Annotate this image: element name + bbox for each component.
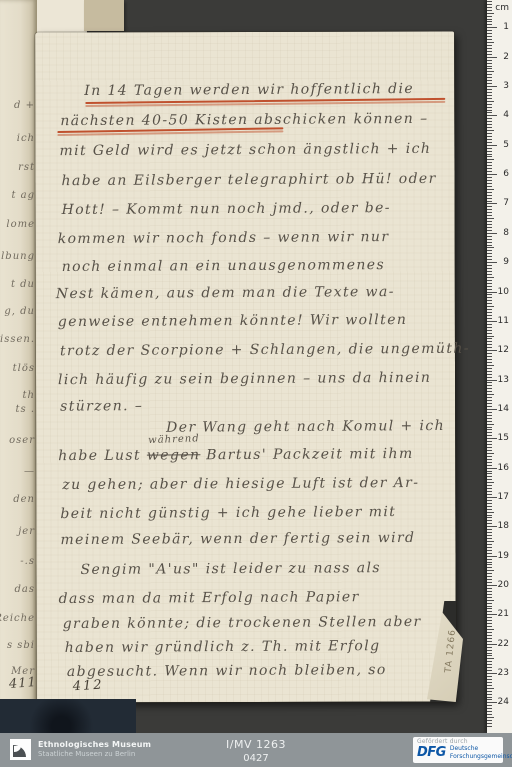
- ruler-tick: [487, 682, 492, 683]
- red-underline: [85, 98, 445, 104]
- ruler-tick: [487, 362, 492, 363]
- ruler-tick: [487, 86, 497, 87]
- ruler-tick: [487, 688, 494, 689]
- ruler-tick: [487, 465, 492, 466]
- ruler-tick: [487, 427, 492, 428]
- ruler-tick: [487, 268, 492, 269]
- ruler-tick: [487, 256, 492, 257]
- ruler-tick: [487, 350, 497, 351]
- ruler-tick: [487, 233, 497, 234]
- ruler-tick: [487, 259, 492, 260]
- ruler-tick: [487, 74, 492, 75]
- ruler-tick: [487, 567, 492, 568]
- ruler-number: 3: [503, 81, 509, 91]
- ruler-tick: [487, 406, 492, 407]
- ruler-tick: [487, 471, 492, 472]
- ruler-tick: [487, 714, 492, 715]
- ruler-tick: [487, 526, 497, 527]
- handwritten-line: lich häufig zu sein beginnen – uns da hi…: [58, 370, 431, 388]
- previous-page-fragment: ich: [17, 133, 35, 144]
- ruler-tick: [487, 262, 497, 263]
- ruler-tick: [487, 39, 492, 40]
- previous-page-fragment: den: [13, 494, 35, 505]
- ruler-tick: [487, 570, 494, 571]
- footer-bar: Ethnologisches Museum Staatliche Museen …: [0, 733, 512, 767]
- handwritten-line: trotz der Scorpione + Schlangen, die ung…: [60, 341, 470, 360]
- ruler-tick: [487, 227, 492, 228]
- ruler-tick: [487, 606, 492, 607]
- ruler-tick: [487, 19, 492, 20]
- ruler-tick: [487, 444, 492, 445]
- handwritten-line: Der Wang geht nach Komul + ich: [166, 418, 445, 436]
- handwritten-line: meinem Seebär, wenn der fertig sein wird: [60, 530, 415, 548]
- book-cover: [0, 699, 136, 733]
- handwritten-line: stürzen. –: [60, 398, 143, 415]
- handwritten-line: kommen wir noch fonds – wenn wir nur: [58, 229, 390, 247]
- ruler-tick: [487, 253, 492, 254]
- ruler-tick: [487, 582, 492, 583]
- ruler-tick: [487, 415, 492, 416]
- ruler-tick: [487, 562, 492, 563]
- ruler-tick: [487, 77, 492, 78]
- ruler-tick: [487, 142, 492, 143]
- funder-name: Deutsche Forschungsgemeinschaft: [450, 745, 512, 761]
- handwritten-line: Nest kämen, aus dem man die Texte wa-: [56, 284, 395, 302]
- ruler-tick: [487, 400, 492, 401]
- ruler-tick: [487, 236, 492, 237]
- previous-page-fragment: issen.: [0, 334, 35, 345]
- ruler-tick: [487, 198, 492, 199]
- handwritten-line: noch einmal an ein unausgenommenes: [62, 257, 385, 275]
- ruler-tick: [487, 597, 492, 598]
- ruler-tick: [487, 168, 492, 169]
- ruler-tick: [487, 441, 492, 442]
- previous-page-fragment: g, du: [4, 306, 35, 317]
- previous-page-fragment: ts .: [15, 404, 35, 415]
- ruler-tick: [487, 206, 492, 207]
- ruler-number: 8: [503, 228, 509, 238]
- ruler-tick: [487, 453, 494, 454]
- ruler-tick: [487, 391, 492, 392]
- ruler-tick: [487, 679, 492, 680]
- ruler-tick: [487, 89, 492, 90]
- ruler-tick: [487, 585, 497, 586]
- previous-page-fragment: Reiche: [0, 613, 35, 624]
- previous-page-edge: 411 d +ichrstt aglomewölbungt dug, duiss…: [0, 0, 37, 703]
- ruler-tick: [487, 517, 492, 518]
- ruler-tick: [487, 292, 497, 293]
- ruler-tick: [487, 201, 492, 202]
- ruler-tick: [487, 500, 492, 501]
- ruler-tick: [487, 356, 492, 357]
- page-number-412: 412: [72, 678, 104, 695]
- ruler-tick: [487, 4, 492, 5]
- ruler-tick: [487, 424, 494, 425]
- ruler-tick: [487, 242, 492, 243]
- ruler-tick: [487, 573, 492, 574]
- funder-name-line2: Forschungsgemeinschaft: [450, 753, 512, 760]
- ruler-tick: [487, 180, 492, 181]
- ruler-tick: [487, 708, 492, 709]
- ruler-tick: [487, 479, 492, 480]
- handwritten-line: beit nicht günstig + ich gehe lieber mit: [60, 504, 396, 522]
- ruler-tick: [487, 54, 492, 55]
- ruler-tick: [487, 676, 492, 677]
- ruler-tick: [487, 174, 497, 175]
- ruler-tick: [487, 277, 494, 278]
- previous-page-fragment: t ag: [11, 190, 35, 201]
- ruler-number: 23: [498, 668, 509, 678]
- previous-page-fragment: d +: [14, 100, 35, 111]
- ruler-number: 14: [498, 404, 509, 414]
- ruler-tick: [487, 274, 492, 275]
- ruler-tick: [487, 333, 492, 334]
- ruler-tick: [487, 318, 492, 319]
- ruler-tick: [487, 388, 492, 389]
- ruler-tick: [487, 512, 494, 513]
- ruler-tick: [487, 371, 492, 372]
- ruler-number: 10: [498, 287, 509, 297]
- ruler-tick: [487, 92, 492, 93]
- ruler-tick: [487, 591, 492, 592]
- ruler-tick: [487, 644, 497, 645]
- previous-page-fragment: lome: [6, 219, 35, 230]
- ruler-tick: [487, 48, 492, 49]
- funder-name-line1: Deutsche: [450, 745, 478, 752]
- ruler-tick: [487, 608, 492, 609]
- ruler-tick: [487, 203, 497, 204]
- ruler-tick: [487, 726, 492, 727]
- ruler-tick: [487, 338, 492, 339]
- ruler-tick: [487, 653, 492, 654]
- ruler-tick: [487, 183, 492, 184]
- previous-page-fragment: s sbi: [7, 640, 35, 651]
- ruler-tick: [487, 115, 497, 116]
- ruler-tick: [487, 151, 492, 152]
- ruler-tick: [487, 66, 492, 67]
- ruler-tick: [487, 623, 492, 624]
- ruler-tick: [487, 418, 492, 419]
- ruler-tick: [487, 330, 492, 331]
- handwritten-line: Hott! – Kommt nun noch jmd., oder be-: [62, 200, 391, 218]
- ruler-tick: [487, 468, 497, 469]
- handwritten-line: haben wir gründlich z. Th. mit Erfolg: [65, 638, 381, 656]
- ruler-number: 2: [503, 52, 509, 62]
- ruler-tick: [487, 611, 492, 612]
- ruler-tick: [487, 503, 492, 504]
- ruler-tick: [487, 456, 492, 457]
- ruler-tick: [487, 553, 492, 554]
- ruler-tick: [487, 359, 492, 360]
- ruler-number: 18: [498, 521, 509, 531]
- handwritten-line: nächsten 40-50 Kisten abschicken können …: [60, 111, 428, 129]
- ruler-tick: [487, 156, 492, 157]
- ruler-tick: [487, 265, 492, 266]
- ruler-tick: [487, 550, 492, 551]
- ruler-tick: [487, 353, 492, 354]
- ruler-tick: [487, 579, 492, 580]
- ruler-tick: [487, 435, 492, 436]
- ruler-tick: [487, 51, 492, 52]
- ruler-tick: [487, 538, 492, 539]
- ruler-tick: [487, 670, 492, 671]
- ruler-tick: [487, 104, 492, 105]
- ruler-tick: [487, 559, 492, 560]
- handwritten-line: mit Geld wird es jetzt schon ängstlich +…: [59, 141, 431, 159]
- ruler-tick: [487, 218, 494, 219]
- handwritten-line: In 14 Tagen werden wir hoffentlich die: [84, 81, 414, 99]
- ruler-tick: [487, 63, 492, 64]
- ruler-tick: [487, 130, 494, 131]
- ruler-tick: [487, 658, 494, 659]
- ruler-tick: [487, 394, 494, 395]
- ruler-tick: [487, 476, 492, 477]
- ruler-number: 15: [498, 433, 509, 443]
- ruler-tick: [487, 95, 492, 96]
- ruler-tick: [487, 221, 492, 222]
- ruler-tick: [487, 21, 492, 22]
- handwritten-line: habe an Eilsberger telegraphirt ob Hü! o…: [61, 171, 436, 189]
- ruler-tick: [487, 42, 494, 43]
- ruler-tick: [487, 136, 492, 137]
- ruler-tick: [487, 691, 492, 692]
- ruler-tick: [487, 303, 492, 304]
- ruler-tick: [487, 685, 492, 686]
- ruler-tick: [487, 603, 492, 604]
- handwritten-line: genweise entnehmen könnte! Wir wollten: [58, 312, 407, 330]
- ruler-tick: [487, 462, 492, 463]
- ruler-tick: [487, 638, 492, 639]
- ruler-tick: [487, 230, 492, 231]
- ruler-tick: [487, 412, 492, 413]
- ruler-tick: [487, 127, 492, 128]
- ruler-tick: [487, 694, 492, 695]
- ruler-tick: [487, 509, 492, 510]
- ruler-tick: [487, 632, 492, 633]
- ruler-tick: [487, 520, 492, 521]
- ruler-tick: [487, 297, 492, 298]
- ruler-tick: [487, 617, 492, 618]
- paper-edge-top: [37, 0, 87, 35]
- ruler-number: 24: [498, 697, 509, 707]
- previous-page-fragment: jer: [18, 526, 35, 537]
- ruler-tick: [487, 600, 494, 601]
- ruler-tick: [487, 647, 492, 648]
- ruler-tick: [487, 154, 492, 155]
- ruler-tick: [487, 594, 492, 595]
- previous-page-fragment: tlös: [13, 363, 35, 374]
- previous-page-fragment: das: [15, 584, 36, 595]
- ruler-tick: [487, 629, 494, 630]
- ruler-tick: [487, 473, 492, 474]
- ruler-tick: [487, 515, 492, 516]
- ruler-tick: [487, 450, 492, 451]
- ruler-tick: [487, 309, 492, 310]
- ruler-tick: [487, 45, 492, 46]
- paper-edge-top-tan: [84, 0, 124, 31]
- ruler-tick: [487, 655, 492, 656]
- ruler-number: 19: [498, 551, 509, 561]
- previous-page-fragment: rst: [18, 162, 35, 173]
- ruler-tick: [487, 523, 492, 524]
- ruler-tick: [487, 382, 492, 383]
- handwritten-line: Sengim "A'us" ist leider zu nass als: [80, 560, 380, 578]
- ruler-tick: [487, 556, 497, 557]
- ruler-tick: [487, 717, 494, 718]
- ruler-tick: [487, 497, 497, 498]
- ruler-tick: [487, 195, 492, 196]
- ruler-tick: [487, 60, 492, 61]
- ruler-tick: [487, 488, 492, 489]
- ruler-tick: [487, 224, 492, 225]
- ruler-tick: [487, 189, 494, 190]
- ruler-tick: [487, 576, 492, 577]
- ruler-tick: [487, 306, 494, 307]
- corner-note: TA 1266: [444, 629, 459, 674]
- ruler-tick: [487, 506, 492, 507]
- ruler-tick: [487, 324, 492, 325]
- ruler-tick: [487, 1, 492, 2]
- dfg-logo-box: Gefördert durch DFG Deutsche Forschungsg…: [413, 737, 503, 763]
- ruler-tick: [487, 385, 492, 386]
- ruler-tick: [487, 535, 492, 536]
- ruler-number: 17: [498, 492, 509, 502]
- ruler-tick: [487, 98, 492, 99]
- ruler-tick: [487, 315, 492, 316]
- ruler-tick: [487, 186, 492, 187]
- ruler-tick: [487, 374, 492, 375]
- ruler-tick: [487, 529, 492, 530]
- ruler-unit-label: cm: [495, 3, 509, 13]
- ruler-tick: [487, 107, 492, 108]
- handwritten-line: dass man da mit Erfolg nach Papier: [59, 589, 360, 607]
- ruler-tick: [487, 36, 492, 37]
- ruler: cm 1234567891011121314151617181920212223…: [487, 0, 512, 733]
- ruler-tick: [487, 27, 497, 28]
- ruler-tick: [487, 720, 492, 721]
- ruler-tick: [487, 112, 492, 113]
- ruler-tick: [487, 494, 492, 495]
- ruler-tick: [487, 145, 497, 146]
- handwritten-line: zu gehen; aber die hiesige Luft ist der …: [62, 475, 419, 493]
- ruler-tick: [487, 159, 494, 160]
- previous-page-fragment: -.s: [20, 556, 35, 567]
- ruler-tick: [487, 30, 492, 31]
- handwritten-line: graben könnte; die trockenen Stellen abe…: [63, 614, 422, 632]
- ruler-tick: [487, 13, 494, 14]
- ruler-number: 12: [498, 345, 509, 355]
- ruler-tick: [487, 271, 492, 272]
- ruler-tick: [487, 312, 492, 313]
- ruler-tick: [487, 245, 492, 246]
- ruler-tick: [487, 459, 492, 460]
- ruler-tick: [487, 650, 492, 651]
- ruler-tick: [487, 664, 492, 665]
- ruler-tick: [487, 661, 492, 662]
- ruler-tick: [487, 697, 492, 698]
- ruler-tick: [487, 165, 492, 166]
- previous-page-fragment: t du: [11, 279, 35, 290]
- ruler-tick: [487, 118, 492, 119]
- ruler-tick: [487, 101, 494, 102]
- ruler-number: 7: [503, 198, 509, 208]
- ruler-tick: [487, 33, 492, 34]
- ruler-tick: [487, 80, 492, 81]
- ruler-number: 11: [498, 316, 509, 326]
- ruler-tick: [487, 10, 492, 11]
- ruler-tick: [487, 547, 492, 548]
- ruler-tick: [487, 711, 492, 712]
- ruler-number: 20: [498, 580, 509, 590]
- ruler-tick: [487, 699, 492, 700]
- ruler-number: 9: [503, 257, 509, 267]
- ruler-tick: [487, 336, 494, 337]
- ruler-number: 13: [498, 375, 509, 385]
- ruler-tick: [487, 133, 492, 134]
- ruler-tick: [487, 564, 492, 565]
- ruler-tick: [487, 239, 492, 240]
- ruler-tick: [487, 347, 492, 348]
- ruler-tick: [487, 403, 492, 404]
- ruler-tick: [487, 438, 497, 439]
- ruler-tick: [487, 368, 492, 369]
- ruler-number: 4: [503, 110, 509, 120]
- ruler-tick: [487, 377, 492, 378]
- ruler-number: 6: [503, 169, 509, 179]
- ruler-tick: [487, 327, 492, 328]
- ruler-tick: [487, 177, 492, 178]
- ruler-tick: [487, 723, 492, 724]
- ruler-tick: [487, 641, 492, 642]
- ruler-tick: [487, 71, 494, 72]
- ruler-number: 5: [503, 140, 509, 150]
- ruler-tick: [487, 286, 492, 287]
- ruler-tick: [487, 447, 492, 448]
- ruler-tick: [487, 588, 492, 589]
- ruler-tick: [487, 250, 492, 251]
- ruler-tick: [487, 626, 492, 627]
- ruler-tick: [487, 209, 492, 210]
- ruler-tick: [487, 532, 492, 533]
- previous-page-fragment: th: [23, 390, 35, 401]
- ruler-tick: [487, 432, 492, 433]
- page-number-411: 411: [9, 675, 38, 692]
- ruler-tick: [487, 247, 494, 248]
- dfg-logo-icon: DFG: [417, 745, 446, 760]
- ruler-tick: [487, 485, 492, 486]
- ruler-tick: [487, 68, 492, 69]
- ruler-tick: [487, 635, 492, 636]
- ruler-tick: [487, 280, 492, 281]
- ruler-tick: [487, 421, 492, 422]
- previous-page-fragment: oser: [9, 435, 35, 446]
- ruler-tick: [487, 192, 492, 193]
- ruler-tick: [487, 289, 492, 290]
- ruler-tick: [487, 300, 492, 301]
- ruler-tick: [487, 667, 492, 668]
- ruler-number: 1: [503, 22, 509, 32]
- ruler-tick: [487, 614, 497, 615]
- ruler-tick: [487, 341, 492, 342]
- ruler-tick: [487, 544, 492, 545]
- ruler-number: 16: [498, 463, 509, 473]
- ruler-tick: [487, 83, 492, 84]
- ruler-tick: [487, 148, 492, 149]
- ruler-tick: [487, 409, 497, 410]
- ruler-tick: [487, 380, 497, 381]
- ruler-tick: [487, 397, 492, 398]
- ruler-tick: [487, 215, 492, 216]
